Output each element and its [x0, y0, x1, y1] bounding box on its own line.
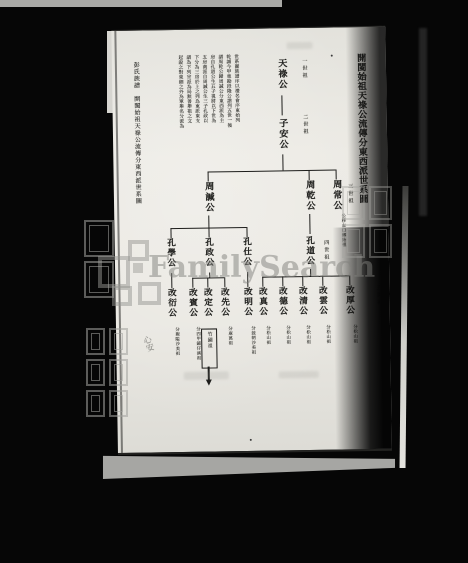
microfilm-scan: { "watermark": { "text": "FamilySearch" …: [0, 0, 468, 563]
connector-line: [309, 214, 311, 234]
archive-seal: [342, 186, 392, 258]
handwritten-mark: 心安: [141, 334, 157, 353]
person-name: 改賓公: [187, 288, 196, 318]
person-name: 周常公: [331, 179, 341, 211]
branch-note: 竹園祖: [207, 332, 212, 349]
pencil-smudge: [287, 42, 313, 49]
archive-seal: [84, 220, 114, 298]
person-name: 改真公: [257, 287, 266, 317]
branch-note: 分松山祖: [325, 325, 330, 344]
scan-speck: [331, 55, 333, 57]
branch-note: 分松山祖: [265, 326, 270, 345]
lineage-box: 竹園祖: [201, 328, 218, 368]
generation-label-2: 二世祖: [302, 114, 308, 136]
person-name: 子安公: [277, 118, 287, 150]
film-edge-strip-top: [0, 0, 282, 7]
person-name: 周諴公: [203, 181, 213, 213]
connector-line: [336, 170, 337, 180]
branch-note: 分麻萬祖: [227, 326, 232, 345]
connector-line: [208, 216, 209, 228]
person-name: 改衍公: [166, 288, 175, 318]
intro-note: 世系圖族譜序以禮名會序東始列 乾諴今甲東勘段隆公譜列五世一後 譜周乾公歸周諴公分…: [174, 54, 242, 177]
branch-note: 分松山祖: [305, 325, 310, 344]
arrow-head-icon: [205, 380, 211, 386]
connector-line: [309, 170, 310, 180]
person-name: 改清公: [297, 286, 306, 316]
branch-note: 分鼓朝沙美祖: [250, 326, 255, 355]
connector-line: [208, 172, 209, 182]
archive-seal: [86, 328, 128, 417]
person-name: 改德公: [277, 286, 286, 316]
pencil-smudge: [184, 371, 229, 380]
person-name: 改定公: [202, 288, 211, 318]
connector-line: [170, 228, 171, 238]
branch-note: 分松山祖: [285, 325, 290, 344]
connector-line: [208, 228, 209, 238]
film-edge-strip-bottom: [100, 452, 398, 482]
person-name: 周乾公: [304, 180, 314, 212]
connector-line: [246, 227, 247, 237]
pencil-smudge: [279, 371, 319, 379]
film-edge-sliver: [400, 186, 409, 468]
branch-note: 分親隘沙美祖: [174, 327, 179, 356]
person-name: 改先公: [219, 287, 228, 317]
connector-line: [282, 154, 284, 170]
person-name: 天祿公: [276, 58, 286, 90]
person-name: 改雲公: [317, 286, 326, 316]
scan-speck: [250, 439, 252, 441]
film-frame-streak: [419, 28, 427, 216]
margin-title: 彭氏族譜 開閩始祖天祿公流傳分東西派世系圖: [132, 62, 141, 212]
branch-note: 分四甲鋪仔溪祖: [195, 327, 200, 361]
connector-line: [281, 95, 283, 115]
person-name: 改明公: [242, 287, 251, 317]
generation-label-1: 一世祖: [301, 58, 307, 80]
